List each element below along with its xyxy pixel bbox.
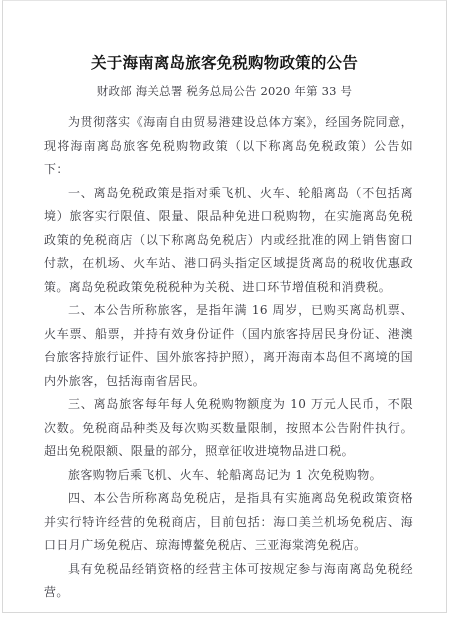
document-viewer: 关于海南离岛旅客免税购物政策的公告 财政部 海关总署 税务总局公告 2020 年… bbox=[0, 0, 450, 617]
paragraph-article-2: 二、本公告所称旅客，是指年满 16 周岁，已购买离岛机票、火车票、船票，并持有效… bbox=[44, 299, 413, 393]
paragraph-article-3-note: 旅客购物后乘飞机、火车、轮船离岛记为 1 次免税购物。 bbox=[44, 464, 413, 488]
paragraph-article-4-note: 具有免税品经销资格的经营主体可按规定参与海南离岛免税经营。 bbox=[44, 558, 413, 605]
paragraph-intro: 为贯彻落实《海南自由贸易港建设总体方案》，经国务院同意，现将海南离岛旅客免税购物… bbox=[44, 111, 413, 182]
document-title: 关于海南离岛旅客免税购物政策的公告 bbox=[3, 51, 446, 75]
paragraph-article-1: 一、离岛免税政策是指对乘飞机、火车、轮船离岛（不包括离境）旅客实行限值、限量、限… bbox=[44, 182, 413, 300]
document-page: 关于海南离岛旅客免税购物政策的公告 财政部 海关总署 税务总局公告 2020 年… bbox=[2, 0, 447, 613]
paragraph-article-3: 三、离岛旅客每年每人免税购物额度为 10 万元人民币，不限次数。免税商品种类及每… bbox=[44, 393, 413, 464]
paragraph-article-4: 四、本公告所称离岛免税店，是指具有实施离岛免税政策资格并实行特许经营的免税商店，… bbox=[44, 487, 413, 558]
document-body: 为贯彻落实《海南自由贸易港建设总体方案》，经国务院同意，现将海南离岛旅客免税购物… bbox=[44, 111, 413, 605]
document-subtitle: 财政部 海关总署 税务总局公告 2020 年第 33 号 bbox=[3, 84, 446, 99]
